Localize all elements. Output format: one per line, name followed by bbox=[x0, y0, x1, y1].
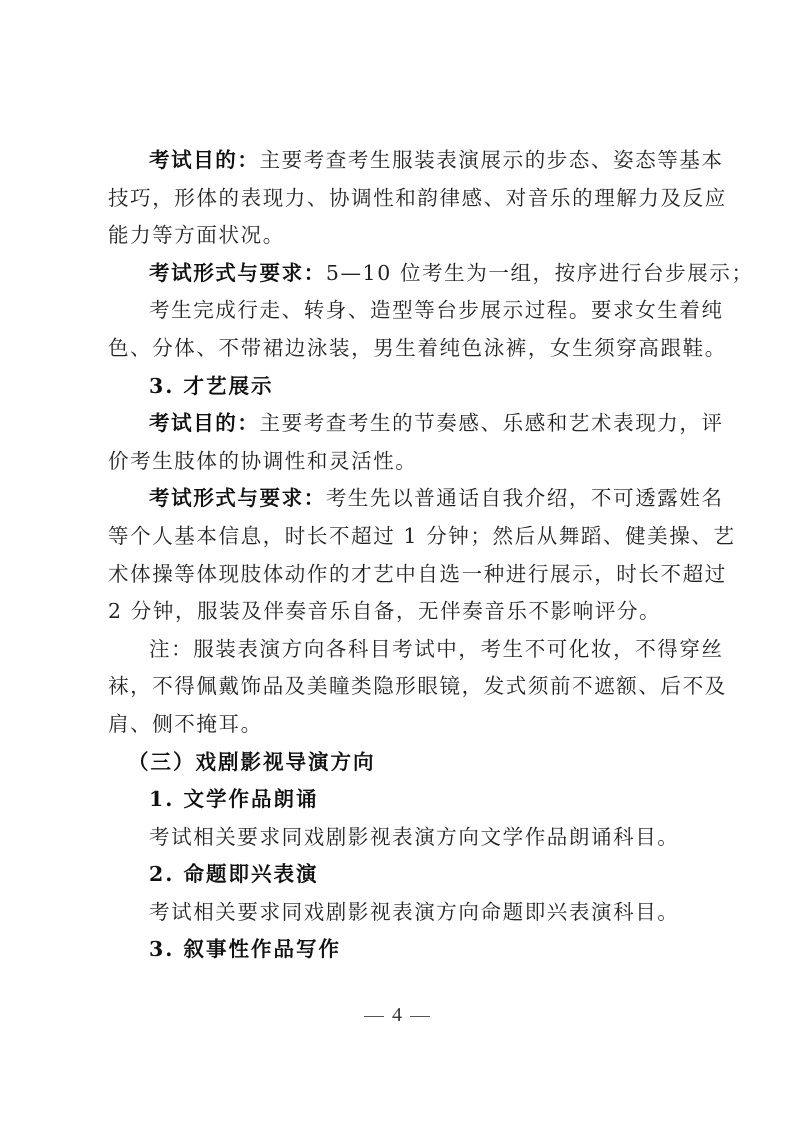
exam-format-label: 考试形式与要求： bbox=[149, 261, 326, 285]
text-run: 技巧，形体的表现力、协调性和韵律感、对音乐的理解力及反应 bbox=[108, 186, 727, 210]
exam-format-label: 考试形式与要求： bbox=[149, 486, 326, 510]
subsection-heading-improv-performance: 2. 命题即兴表演 bbox=[108, 856, 698, 894]
text-run: 色、分体、不带裙边泳装，男生着纯色泳裤，女生须穿高跟鞋。 bbox=[108, 336, 727, 360]
paragraph-line: 能力等方面状况。 bbox=[108, 217, 698, 255]
footer-dash-right bbox=[410, 1016, 430, 1017]
page-footer: 4 bbox=[0, 1004, 794, 1027]
note-line: 袜，不得佩戴饰品及美瞳类隐形眼镜，发式须前不遮额、后不及 bbox=[108, 668, 698, 706]
paragraph-line: 考试相关要求同戏剧影视表演方向命题即兴表演科目。 bbox=[108, 894, 698, 932]
text-run: 考生完成行走、转身、造型等台步展示过程。要求女生着纯 bbox=[149, 298, 724, 322]
text-run: 5—10 位考生为一组，按序进行台步展示； bbox=[326, 261, 754, 285]
text-run: 术体操等体现肢体动作的才艺中自选一种进行展示，时长不超过 bbox=[108, 562, 727, 586]
text-run: 主要考查考生服装表演展示的步态、姿态等基本 bbox=[260, 148, 724, 172]
paragraph-line: 术体操等体现肢体动作的才艺中自选一种进行展示，时长不超过 bbox=[108, 556, 698, 594]
text-run: 价考生肢体的协调性和灵活性。 bbox=[108, 449, 417, 473]
paragraph-line: 考生完成行走、转身、造型等台步展示过程。要求女生着纯 bbox=[108, 292, 698, 330]
text-run: 考生先以普通话自我介绍，不可透露姓名 bbox=[326, 486, 724, 510]
subsection-heading-narrative-writing: 3. 叙事性作品写作 bbox=[108, 931, 698, 969]
document-page: 考试目的：主要考查考生服装表演展示的步态、姿态等基本 技巧，形体的表现力、协调性… bbox=[108, 142, 698, 969]
paragraph-exam-purpose-line-1: 考试目的：主要考查考生服装表演展示的步态、姿态等基本 bbox=[108, 142, 698, 180]
paragraph-line: 价考生肢体的协调性和灵活性。 bbox=[108, 443, 698, 481]
section-heading-directing: （三）戏剧影视导演方向 bbox=[108, 744, 698, 782]
paragraph-line: 技巧，形体的表现力、协调性和韵律感、对音乐的理解力及反应 bbox=[108, 180, 698, 218]
paragraph-line: 等个人基本信息，时长不超过 1 分钟；然后从舞蹈、健美操、艺 bbox=[108, 518, 698, 556]
paragraph-exam-purpose-line-1: 考试目的：主要考查考生的节奏感、乐感和艺术表现力，评 bbox=[108, 405, 698, 443]
text-run: 肩、侧不掩耳。 bbox=[108, 712, 263, 736]
paragraph-line: 考试相关要求同戏剧影视表演方向文学作品朗诵科目。 bbox=[108, 819, 698, 857]
text-run: 等个人基本信息，时长不超过 1 分钟；然后从舞蹈、健美操、艺 bbox=[108, 524, 736, 548]
text-run: 主要考查考生的节奏感、乐感和艺术表现力，评 bbox=[260, 411, 724, 435]
subsection-heading-talent-show: 3. 才艺展示 bbox=[108, 368, 698, 406]
note-line: 肩、侧不掩耳。 bbox=[108, 706, 698, 744]
paragraph-line: 色、分体、不带裙边泳装，男生着纯色泳裤，女生须穿高跟鞋。 bbox=[108, 330, 698, 368]
text-run: 2 分钟，服装及伴奏音乐自备，无伴奏音乐不影响评分。 bbox=[108, 599, 661, 623]
text-run: 考试相关要求同戏剧影视表演方向命题即兴表演科目。 bbox=[149, 900, 679, 924]
text-run: 考试相关要求同戏剧影视表演方向文学作品朗诵科目。 bbox=[149, 825, 679, 849]
text-run: 袜，不得佩戴饰品及美瞳类隐形眼镜，发式须前不遮额、后不及 bbox=[108, 674, 727, 698]
paragraph-exam-format-line-1: 考试形式与要求：考生先以普通话自我介绍，不可透露姓名 bbox=[108, 480, 698, 518]
text-run: 能力等方面状况。 bbox=[108, 223, 285, 247]
page-number: 4 bbox=[392, 1004, 402, 1026]
text-run: 注：服装表演方向各科目考试中，考生不可化妆，不得穿丝 bbox=[149, 637, 724, 661]
subsection-heading-literary-recitation: 1. 文学作品朗诵 bbox=[108, 781, 698, 819]
exam-purpose-label: 考试目的： bbox=[149, 148, 260, 172]
exam-purpose-label: 考试目的： bbox=[149, 411, 260, 435]
footer-dash-left bbox=[364, 1016, 384, 1017]
paragraph-line: 2 分钟，服装及伴奏音乐自备，无伴奏音乐不影响评分。 bbox=[108, 593, 698, 631]
note-line-1: 注：服装表演方向各科目考试中，考生不可化妆，不得穿丝 bbox=[108, 631, 698, 669]
paragraph-exam-format-line-1: 考试形式与要求：5—10 位考生为一组，按序进行台步展示； bbox=[108, 255, 698, 293]
